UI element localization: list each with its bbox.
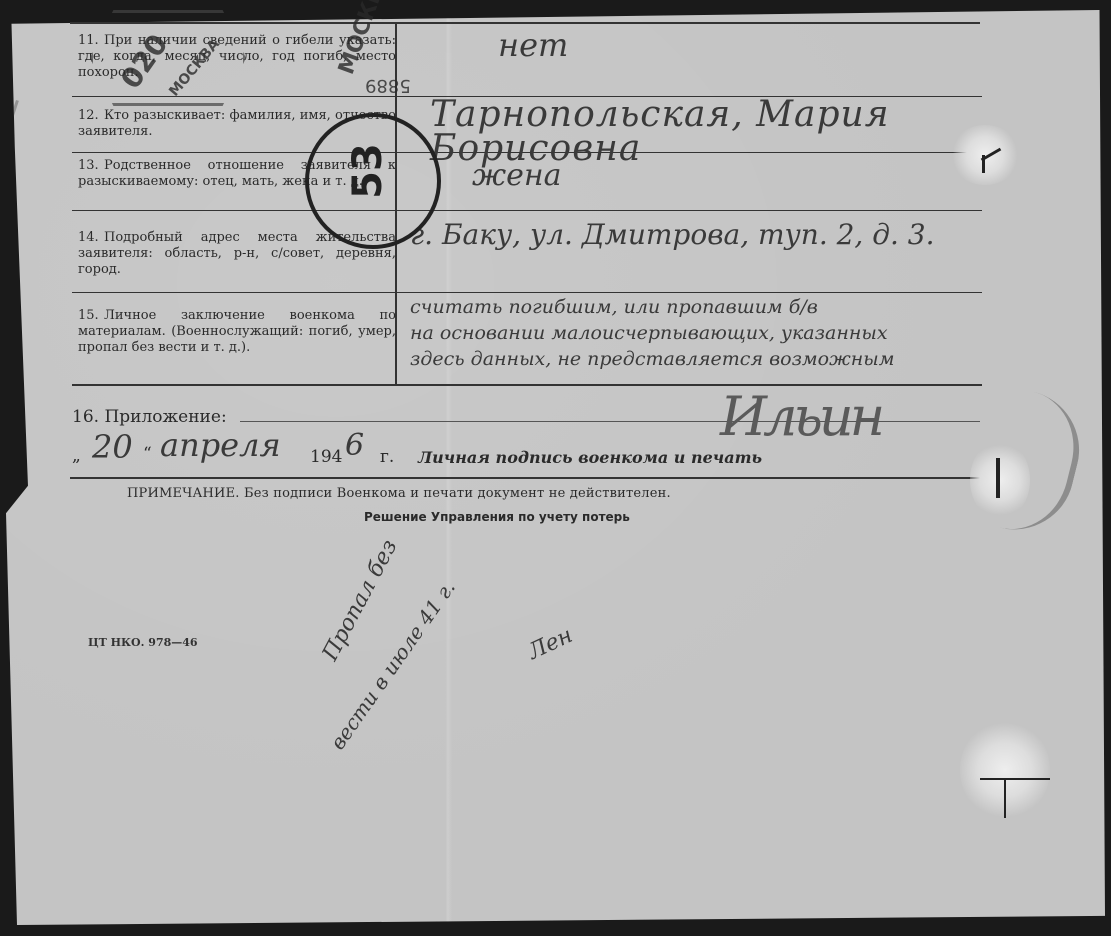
row-15-label: 15.Личное заключение военкома по материа… <box>78 308 396 356</box>
commissar-signature: Ильин <box>720 385 881 448</box>
row-divider-13 <box>72 210 982 211</box>
date-year-unit: г. <box>380 447 394 467</box>
row-15-value-line-1: считать погибшим, или пропавшим б/в <box>410 296 818 318</box>
row-15-value-line-3: здесь данных, не представляется возможны… <box>410 348 894 370</box>
paper-tear-upper <box>950 125 1020 185</box>
row-14-value: г. Баку, ул. Дмитрова, туп. 2, д. 3. <box>410 218 935 251</box>
row-15-value-line-2: на основании малоисчерпывающих, указанны… <box>410 322 888 344</box>
date-open-quote: „ <box>72 446 81 466</box>
row-13-value: жена <box>472 158 562 193</box>
signature-caption: Личная подпись военкома и печать <box>418 448 762 467</box>
fold-crease <box>0 100 19 881</box>
date-year-suffix: 6 <box>345 428 364 463</box>
decision-heading: Решение Управления по учету потерь <box>364 510 630 524</box>
paper-tear-lower <box>960 720 1050 820</box>
validity-note: ПРИМЕЧАНИЕ. Без подписи Военкома и печат… <box>127 486 671 501</box>
date-year-prefix: 194 <box>310 447 342 467</box>
row-12-value: Тарнопольская, Мария Борисовна <box>430 98 950 166</box>
paper-tear-middle <box>970 440 1030 520</box>
row-11-value: нет <box>498 26 568 64</box>
date-month: апреля <box>160 426 281 464</box>
attachment-label: 16. Приложение: <box>72 407 227 427</box>
serial-number-stamp: 5889 <box>365 75 411 96</box>
row-divider-14 <box>72 292 982 293</box>
round-stamp-number: 53 <box>345 143 391 199</box>
print-code: ЦТ НКО. 978—46 <box>88 636 198 649</box>
signature-line <box>70 477 980 479</box>
date-close-quote: “ <box>143 444 152 464</box>
date-day: 20 <box>92 428 133 466</box>
